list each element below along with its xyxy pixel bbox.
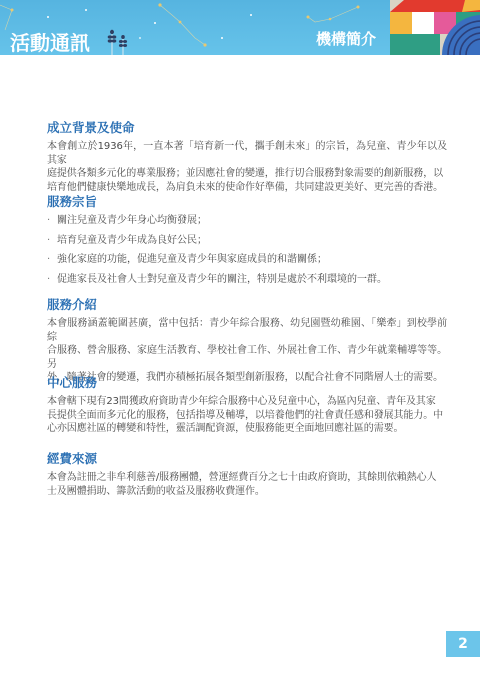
section-funding-sources: 經費來源 本會為註冊之非牟利慈善/服務團體，營運經費百分之七十由政府資助，其餘則… [47, 451, 447, 498]
section-service-objectives: 服務宗旨 ·關注兒童及青少年身心均衡發展； ·培育兒童及青少年成為良好公民； ·… [47, 194, 447, 292]
wheat-icon [104, 28, 132, 55]
section-service-introduction: 服務介紹 本會服務涵蓋範圍甚廣，當中包括：青少年綜合服務、幼兒園暨幼稚園、「樂牽… [47, 297, 447, 385]
bullet-text: 強化家庭的功能，促進兒童及青少年與家庭成員的和諧關係； [57, 254, 327, 265]
paragraph-line: 心亦因應社區的轉變和特性，靈活調配資源，使服務能更全面地回應社區的需要。 [47, 422, 447, 436]
publication-title: 活動通訊 [10, 31, 90, 55]
bullet-dot: · [47, 273, 57, 287]
paragraph-line: 本會創立於1936年，一直本著「培育新一代，攜手創未來」的宗旨，為兒童、青少年以… [47, 140, 447, 167]
bullet-item: ·關注兒童及青少年身心均衡發展； [47, 214, 447, 228]
section-background-mission: 成立背景及使命 本會創立於1936年，一直本著「培育新一代，攜手創未來」的宗旨，… [47, 120, 447, 194]
paragraph-line: 士及團體捐助、籌款活動的收益及服務收費運作。 [47, 485, 447, 499]
section-centre-services: 中心服務 本會轄下現有23間獲政府資助青少年綜合服務中心及兒童中心，為區內兒童、… [47, 375, 447, 436]
section-title: 機構簡介 [316, 29, 376, 49]
bullet-text: 培育兒童及青少年成為良好公民； [57, 235, 207, 246]
section-heading: 經費來源 [47, 451, 447, 467]
bullet-item: ·強化家庭的功能，促進兒童及青少年與家庭成員的和諧關係； [47, 253, 447, 267]
paragraph-line: 本會服務涵蓋範圍甚廣，當中包括：青少年綜合服務、幼兒園暨幼稚園、「樂牽」到校學前… [47, 317, 447, 344]
bullet-item: ·培育兒童及青少年成為良好公民； [47, 234, 447, 248]
section-heading: 中心服務 [47, 375, 447, 391]
section-heading: 服務宗旨 [47, 194, 447, 210]
paragraph-line: 培育他們健康快樂地成長，為肩負未來的使命作好準備，共同建設更美好、更完善的香港。 [47, 181, 447, 195]
section-paragraph: 本會轄下現有23間獲政府資助青少年綜合服務中心及兒童中心，為區內兒童、青年及其家… [47, 395, 447, 436]
section-paragraph: 本會創立於1936年，一直本著「培育新一代，攜手創未來」的宗旨，為兒童、青少年以… [47, 140, 447, 194]
paragraph-line: 長提供全面而多元化的服務，包括指導及輔導，以培養他們的社會責任感和發展其能力。中 [47, 409, 447, 423]
paragraph-line: 庭提供各類多元化的專業服務；並因應社會的變遷，推行切合服務對象需要的創新服務，以 [47, 167, 447, 181]
bullet-dot: · [47, 253, 57, 267]
bullet-dot: · [47, 234, 57, 248]
geometric-house-decoration [390, 0, 480, 55]
bullet-dot: · [47, 214, 57, 228]
section-heading: 服務介紹 [47, 297, 447, 313]
paragraph-line: 本會為註冊之非牟利慈善/服務團體，營運經費百分之七十由政府資助，其餘則依賴熱心人 [47, 471, 447, 485]
page-header: 活動通訊 機構簡介 [0, 0, 480, 55]
section-paragraph: 本會為註冊之非牟利慈善/服務團體，營運經費百分之七十由政府資助，其餘則依賴熱心人… [47, 471, 447, 498]
paragraph-line: 合服務、營舍服務、家庭生活教育、學校社會工作、外展社會工作、青少年就業輔導等等。… [47, 344, 447, 371]
page-number-badge: 2 [446, 631, 480, 657]
bullet-text: 促進家長及社會人士對兒童及青少年的關注，特別是處於不利環境的一群。 [57, 274, 387, 285]
bullet-text: 關注兒童及青少年身心均衡發展； [57, 215, 207, 226]
paragraph-line: 本會轄下現有23間獲政府資助青少年綜合服務中心及兒童中心，為區內兒童、青年及其家 [47, 395, 447, 409]
section-heading: 成立背景及使命 [47, 120, 447, 136]
bullet-item: ·促進家長及社會人士對兒童及青少年的關注，特別是處於不利環境的一群。 [47, 273, 447, 287]
